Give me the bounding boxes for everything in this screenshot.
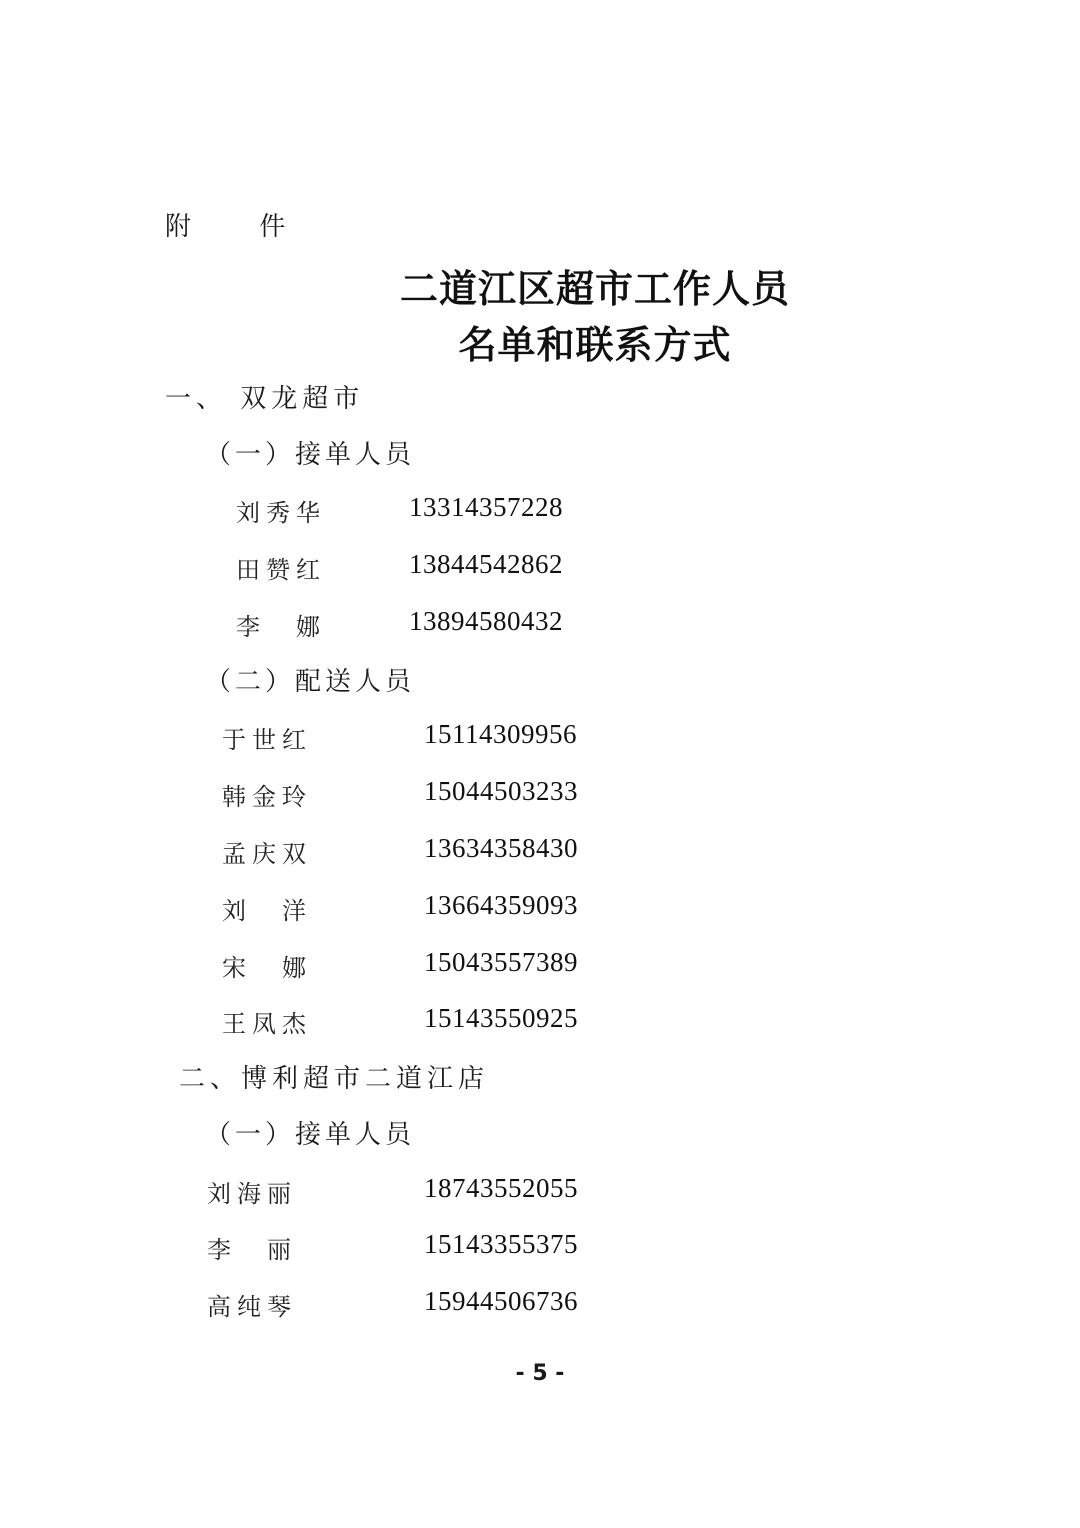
group-heading-order-takers-2: （一）接单人员 <box>205 1114 415 1151</box>
contact-name: 韩金玲 <box>222 777 312 812</box>
attachment-label: 附 件 <box>165 206 315 243</box>
page-title-line-2: 名单和联系方式 <box>0 314 1080 369</box>
contact-phone: 15143550925 <box>424 1003 578 1034</box>
section-heading-boli: 二、博利超市二道江店 <box>179 1058 489 1095</box>
contact-name: 宋 娜 <box>222 948 312 983</box>
group-heading-delivery: （二）配送人员 <box>205 661 415 698</box>
contact-phone: 18743552055 <box>424 1173 578 1204</box>
contact-name: 李 丽 <box>207 1230 297 1265</box>
contact-name: 孟庆双 <box>222 834 312 869</box>
contact-phone: 13844542862 <box>409 549 563 580</box>
contact-phone: 13894580432 <box>409 606 563 637</box>
contact-name: 李 娜 <box>236 607 326 642</box>
contact-phone: 13634358430 <box>424 833 578 864</box>
contact-phone: 13664359093 <box>424 890 578 921</box>
page-number: - 5 - <box>0 1361 1080 1386</box>
contact-name: 刘秀华 <box>236 493 326 528</box>
contact-name: 高纯琴 <box>207 1287 297 1322</box>
page-title-line-1: 二道江区超市工作人员 <box>0 258 1080 313</box>
contact-phone: 15043557389 <box>424 947 578 978</box>
contact-phone: 15044503233 <box>424 776 578 807</box>
contact-phone: 15114309956 <box>424 719 577 750</box>
contact-name: 王凤杰 <box>222 1004 312 1039</box>
contact-phone: 13314357228 <box>409 492 563 523</box>
contact-name: 田赞红 <box>236 550 326 585</box>
contact-name: 刘海丽 <box>207 1174 297 1209</box>
group-heading-order-takers: （一）接单人员 <box>205 434 415 471</box>
contact-name: 于世红 <box>222 720 312 755</box>
section-heading-shuanglong: 一、 双龙超市 <box>165 378 364 415</box>
contact-name: 刘 洋 <box>222 891 312 926</box>
contact-phone: 15143355375 <box>424 1229 578 1260</box>
contact-phone: 15944506736 <box>424 1286 578 1317</box>
